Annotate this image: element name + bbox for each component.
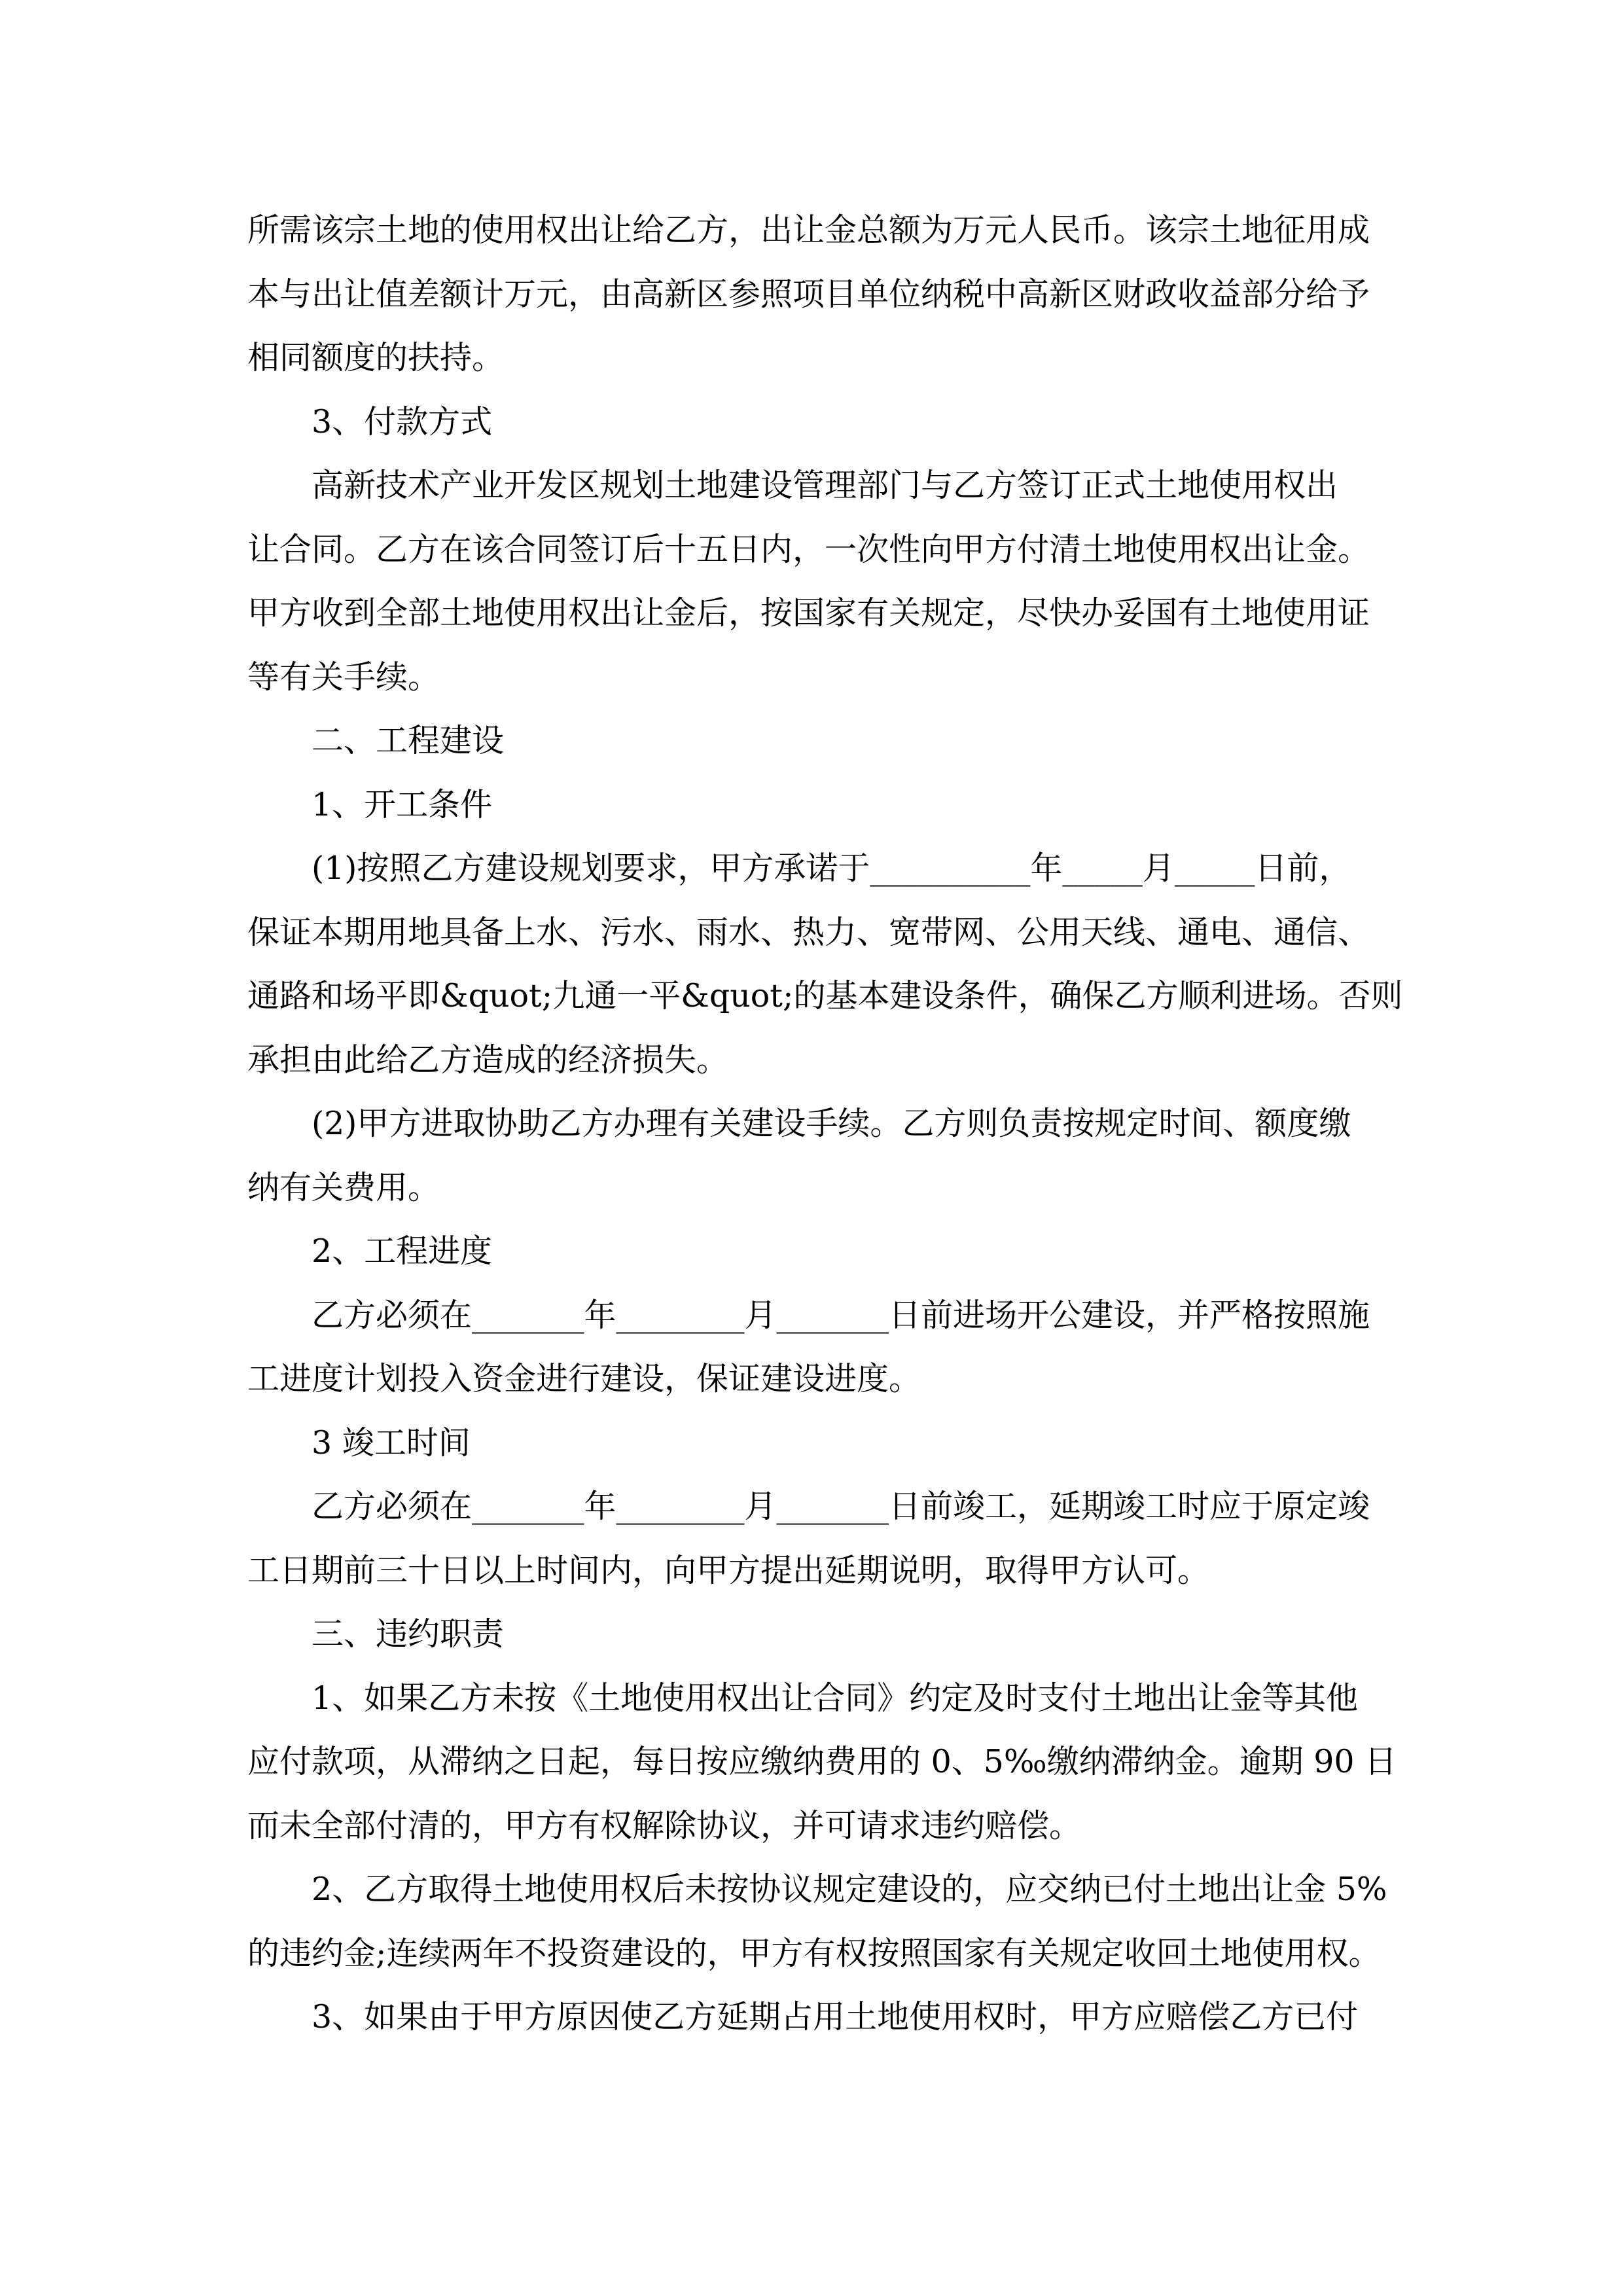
text-line: 通路和场平即&quot;九通一平&quot;的基本建设条件，确保乙方顺利进场。否…: [247, 964, 1412, 1028]
text-line: 1、开工条件: [247, 773, 1412, 837]
text-line: 2、乙方取得土地使用权后未按协议规定建设的，应交纳已付土地出让金 5%: [247, 1857, 1412, 1922]
text-line: 高新技术产业开发区规划土地建设管理部门与乙方签订正式土地使用权出: [247, 454, 1412, 518]
text-line: (2)甲方进取协助乙方办理有关建设手续。乙方则负责按规定时间、额度缴: [247, 1092, 1412, 1156]
text-line: 等有关手续。: [247, 645, 1412, 709]
text-line: (1)按照乙方建设规划要求，甲方承诺于__________年_____月____…: [247, 836, 1412, 901]
text-line: 3、付款方式: [247, 390, 1412, 454]
text-line: 相同额度的扶持。: [247, 326, 1412, 390]
text-line: 工进度计划投入资金进行建设，保证建设进度。: [247, 1347, 1412, 1411]
text-line: 1、如果乙方未按《土地使用权出让合同》约定及时支付土地出让金等其他: [247, 1666, 1412, 1731]
text-line: 而未全部付清的，甲方有权解除协议，并可请求违约赔偿。: [247, 1794, 1412, 1858]
text-line: 的违约金;连续两年不投资建设的，甲方有权按照国家有关规定收回土地使用权。: [247, 1922, 1412, 1986]
text-line: 纳有关费用。: [247, 1156, 1412, 1220]
text-line: 本与出让值差额计万元，由高新区参照项目单位纳税中高新区财政收益部分给予: [247, 262, 1412, 327]
text-line: 3、如果由于甲方原因使乙方延期占用土地使用权时，甲方应赔偿乙方已付: [247, 1985, 1412, 2049]
text-line: 所需该宗土地的使用权出让给乙方，出让金总额为万元人民币。该宗土地征用成: [247, 198, 1412, 262]
document-page: 所需该宗土地的使用权出让给乙方，出让金总额为万元人民币。该宗土地征用成本与出让值…: [0, 0, 1623, 2296]
text-line: 甲方收到全部土地使用权出让金后，按国家有关规定，尽快办妥国有土地使用证: [247, 581, 1412, 645]
text-line: 工日期前三十日以上时间内，向甲方提出延期说明，取得甲方认可。: [247, 1539, 1412, 1603]
text-line: 乙方必须在_______年________月_______日前进场开公建设，并严…: [247, 1283, 1412, 1348]
text-line: 2、工程进度: [247, 1219, 1412, 1283]
text-line: 承担由此给乙方造成的经济损失。: [247, 1028, 1412, 1092]
text-line: 保证本期用地具备上水、污水、雨水、热力、宽带网、公用天线、通电、通信、: [247, 901, 1412, 965]
text-line: 乙方必须在_______年________月_______日前竣工，延期竣工时应…: [247, 1475, 1412, 1539]
text-line: 二、工程建设: [247, 709, 1412, 773]
text-line: 应付款项，从滞纳之日起，每日按应缴纳费用的 0、5‰缴纳滞纳金。逾期 90 日: [247, 1730, 1412, 1794]
text-line: 三、违约职责: [247, 1602, 1412, 1666]
text-line: 让合同。乙方在该合同签订后十五日内，一次性向甲方付清土地使用权出让金。: [247, 518, 1412, 582]
document-content: 所需该宗土地的使用权出让给乙方，出让金总额为万元人民币。该宗土地征用成本与出让值…: [247, 198, 1412, 2049]
text-line: 3 竣工时间: [247, 1411, 1412, 1475]
